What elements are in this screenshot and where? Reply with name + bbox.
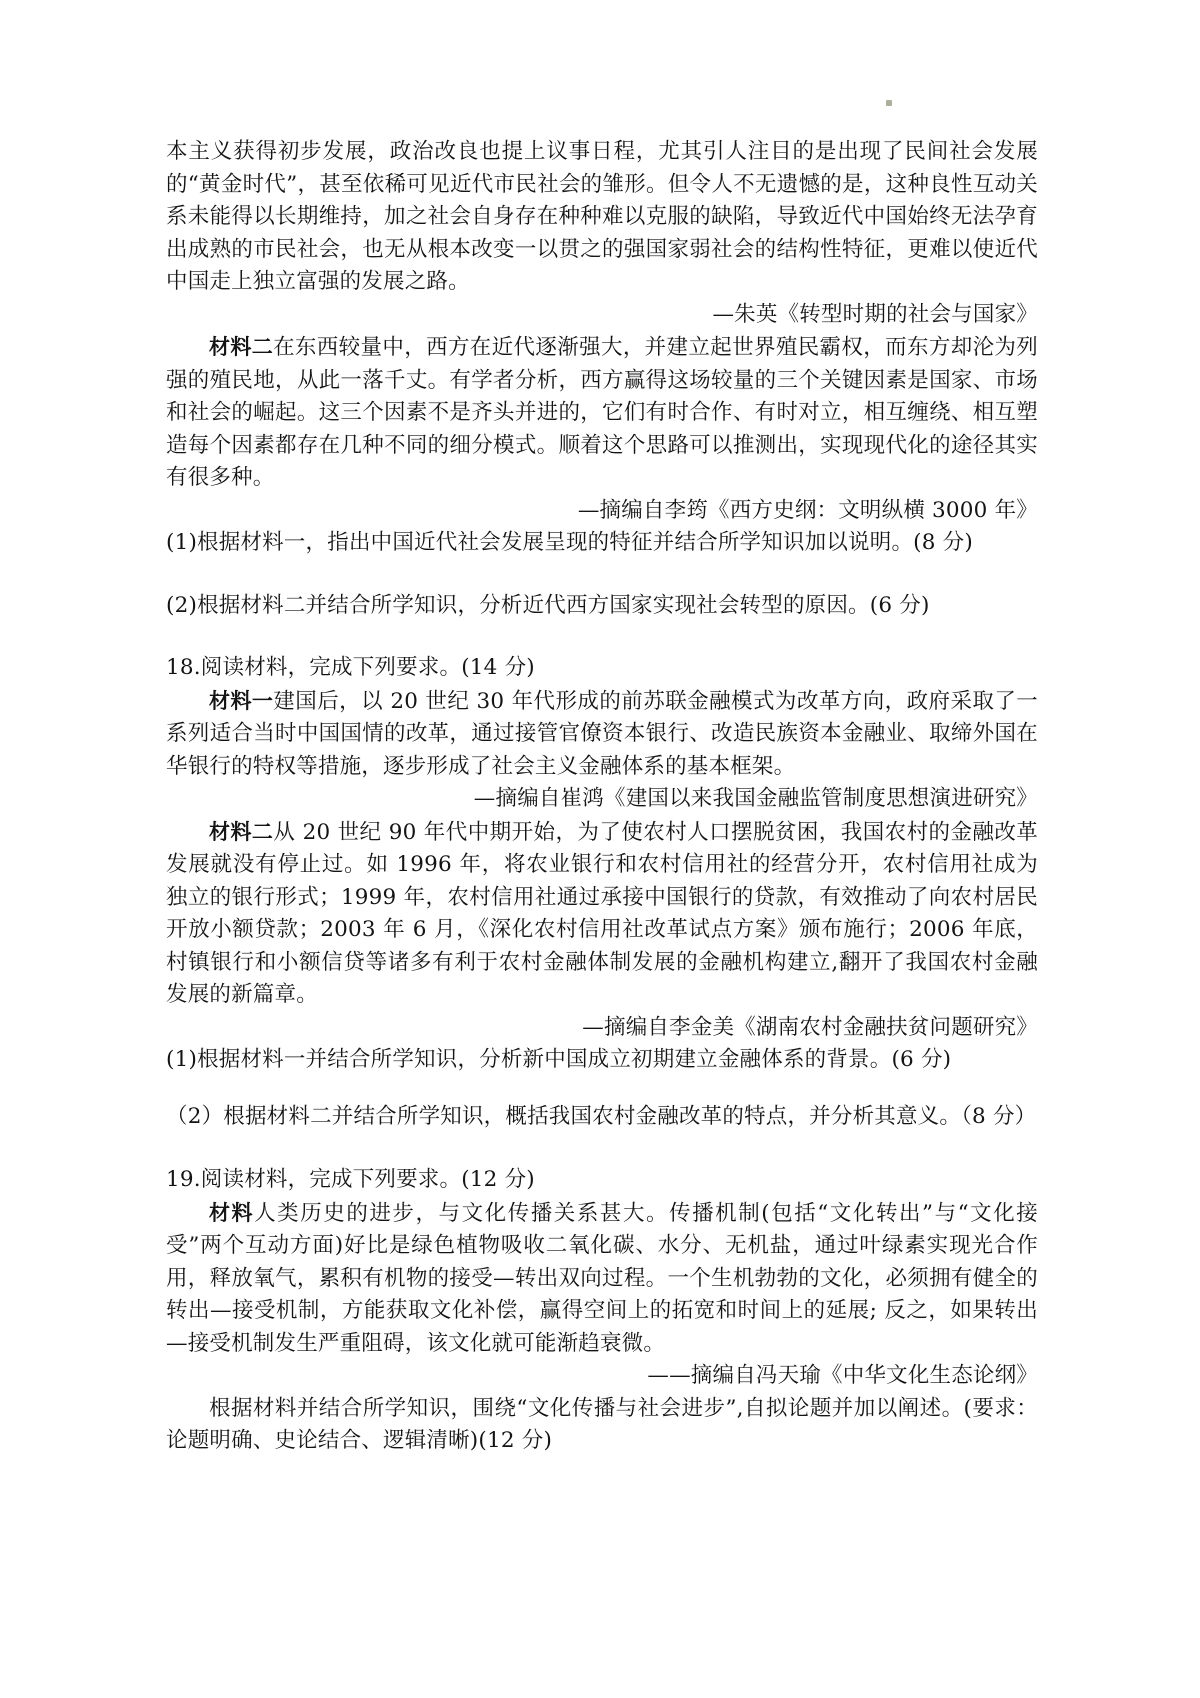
answer-space: [166, 560, 1038, 590]
answer-space: [166, 622, 1038, 652]
answer-space: [166, 1133, 1038, 1164]
q19-material-source: ——摘编自冯天瑜《中华文化生态论纲》: [166, 1360, 1038, 1393]
q17-subquestion-1: (1)根据材料一，指出中国近代社会发展呈现的特征并结合所学知识加以说明。(8 分…: [166, 527, 1038, 560]
exam-content: 本主义获得初步发展，政治改良也提上议事日程，尤其引人注目的是出现了民间社会发展的…: [166, 136, 1038, 1458]
q18-material2-source: —摘编自李金美《湖南农村金融扶贫问题研究》: [166, 1012, 1038, 1045]
q18-subquestion-1: (1)根据材料一并结合所学知识，分析新中国成立初期建立金融体系的背景。(6 分): [166, 1044, 1038, 1077]
q18-material2-label: 材料二: [209, 820, 273, 844]
q17-material2-source: —摘编自李筠《西方史纲：文明纵横 3000 年》: [166, 495, 1038, 528]
q18-material2-text: 从 20 世纪 90 年代中期开始，为了使农村人口摆脱贫困，我国农村的金融改革发…: [166, 820, 1038, 1008]
q18-header: 18.阅读材料，完成下列要求。(14 分): [166, 652, 1038, 685]
q18-subquestion-2: （2）根据材料二并结合所学知识，概括我国农村金融改革的特点，并分析其意义。（8 …: [166, 1101, 1038, 1134]
q17-material1-continuation: 本主义获得初步发展，政治改良也提上议事日程，尤其引人注目的是出现了民间社会发展的…: [166, 136, 1038, 299]
answer-space: [166, 1077, 1038, 1101]
q18-material1-label: 材料一: [209, 689, 273, 713]
q18-material1-paragraph: 材料一建国后，以 20 世纪 30 年代形成的前苏联金融模式为改革方向，政府采取…: [166, 685, 1038, 784]
q17-material1-text: 本主义获得初步发展，政治改良也提上议事日程，尤其引人注目的是出现了民间社会发展的…: [166, 139, 1038, 294]
q18-material2-paragraph: 材料二从 20 世纪 90 年代中期开始，为了使农村人口摆脱贫困，我国农村的金融…: [166, 816, 1038, 1012]
q18-material1-source: —摘编自崔鸿《建国以来我国金融监管制度思想演进研究》: [166, 783, 1038, 816]
q17-material2-paragraph: 材料二在东西较量中，西方在近代逐渐强大，并建立起世界殖民霸权，而东方却沦为列强的…: [166, 331, 1038, 495]
q19-material-text: 人类历史的进步，与文化传播关系甚大。传播机制(包括“文化转出”与“文化接受”两个…: [166, 1201, 1038, 1356]
q17-material1-source: —朱英《转型时期的社会与国家》: [166, 299, 1038, 332]
q17-material2-text: 在东西较量中，西方在近代逐渐强大，并建立起世界殖民霸权，而东方却沦为列强的殖民地…: [166, 335, 1038, 490]
scan-speck-top: [886, 100, 892, 106]
q17-subquestion-2: (2)根据材料二并结合所学知识，分析近代西方国家实现社会转型的原因。(6 分): [166, 590, 1038, 623]
q17-material2-label: 材料二: [209, 335, 273, 359]
exam-page: 本主义获得初步发展，政治改良也提上议事日程，尤其引人注目的是出现了民间社会发展的…: [0, 0, 1200, 1698]
q19-header: 19.阅读材料，完成下列要求。(12 分): [166, 1164, 1038, 1197]
q19-material-label: 材料: [209, 1201, 254, 1225]
q19-task: 根据材料并结合所学知识，围绕“文化传播与社会进步”,自拟论题并加以阐述。(要求：…: [166, 1393, 1038, 1458]
q18-material1-text: 建国后，以 20 世纪 30 年代形成的前苏联金融模式为改革方向，政府采取了一系…: [166, 689, 1038, 779]
q19-material-paragraph: 材料人类历史的进步，与文化传播关系甚大。传播机制(包括“文化转出”与“文化接受”…: [166, 1197, 1038, 1361]
